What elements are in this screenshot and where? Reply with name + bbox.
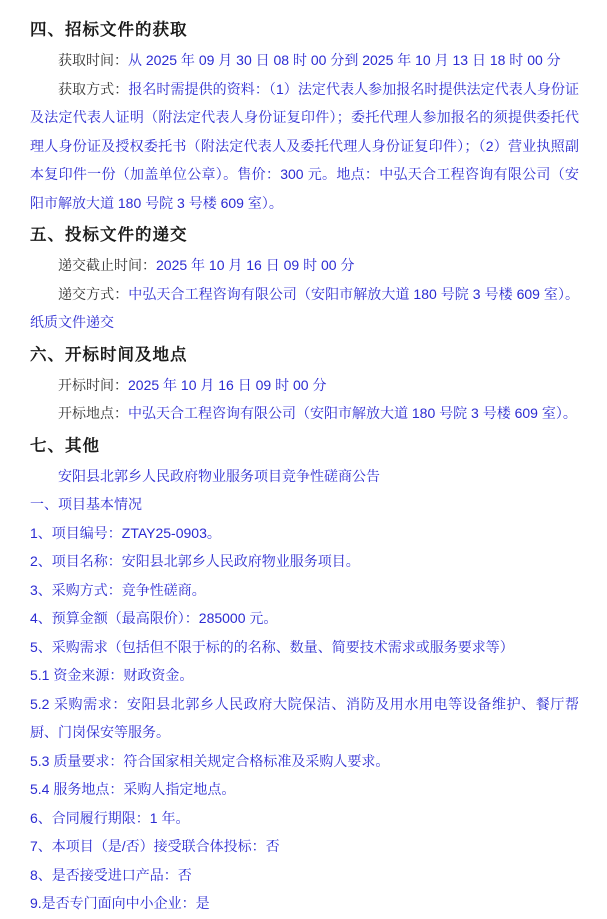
announcement-title-value: 安阳县北郭乡人民政府物业服务项目竞争性磋商公告 bbox=[58, 468, 380, 484]
acquisition-time: 获取时间：从 2025 年 09 月 30 日 08 时 00 分到 2025 … bbox=[30, 46, 579, 75]
acquisition-method-label: 获取方式： bbox=[58, 81, 128, 97]
item-consortium-bidding-value: 7、本项目（是/否）接受联合体投标：否 bbox=[30, 838, 280, 854]
item-service-location-value: 5.4 服务地点：采购人指定地点。 bbox=[30, 781, 235, 797]
opening-time-label: 开标时间： bbox=[58, 377, 128, 393]
acquisition-method-value: 报名时需提供的资料：（1）法定代表人参加报名时提供法定代表人身份证及法定代表人证… bbox=[30, 81, 579, 211]
item-imported-products: 8、是否接受进口产品：否 bbox=[30, 861, 579, 890]
submission-method-label: 递交方式： bbox=[58, 286, 128, 302]
item-service-location: 5.4 服务地点：采购人指定地点。 bbox=[30, 775, 579, 804]
opening-location-label: 开标地点： bbox=[58, 405, 128, 421]
submission-deadline-value: 2025 年 10 月 16 日 09 时 00 分 bbox=[156, 257, 354, 273]
opening-location: 开标地点：中弘天合工程咨询有限公司（安阳市解放大道 180 号院 3 号楼 60… bbox=[30, 399, 579, 428]
item-procurement-method-value: 3、采购方式：竞争性磋商。 bbox=[30, 582, 206, 598]
acquisition-time-value: 从 2025 年 09 月 30 日 08 时 00 分到 2025 年 10 … bbox=[128, 52, 561, 68]
item-procurement-demand-detail-value: 5.2 采购需求：安阳县北郭乡人民政府大院保洁、消防及用水用电等设备维护、餐厅帮… bbox=[30, 696, 579, 741]
subsection-heading-basic-info: 一、项目基本情况 bbox=[30, 490, 579, 519]
item-procurement-requirements-value: 5、采购需求（包括但不限于标的的名称、数量、简要技术需求或服务要求等） bbox=[30, 639, 514, 655]
submission-method: 递交方式：中弘天合工程咨询有限公司（安阳市解放大道 180 号院 3 号楼 60… bbox=[30, 280, 579, 337]
item-contract-period: 6、合同履行期限：1 年。 bbox=[30, 804, 579, 833]
item-project-number-value: 1、项目编号：ZTAY25-0903。 bbox=[30, 525, 221, 541]
item-budget-amount: 4、预算金额（最高限价）：285000 元。 bbox=[30, 604, 579, 633]
opening-location-value: 中弘天合工程咨询有限公司（安阳市解放大道 180 号院 3 号楼 609 室）。 bbox=[128, 405, 577, 421]
submission-deadline: 递交截止时间：2025 年 10 月 16 日 09 时 00 分 bbox=[30, 251, 579, 280]
procurement-announcement-document: 四、招标文件的获取获取时间：从 2025 年 09 月 30 日 08 时 00… bbox=[0, 0, 607, 919]
item-quality-requirement: 5.3 质量要求：符合国家相关规定合格标准及采购人要求。 bbox=[30, 747, 579, 776]
section-heading-other: 七、其他 bbox=[30, 434, 579, 458]
item-project-number: 1、项目编号：ZTAY25-0903。 bbox=[30, 519, 579, 548]
section-heading-bid-opening: 六、开标时间及地点 bbox=[30, 343, 579, 367]
item-project-name-value: 2、项目名称：安阳县北郭乡人民政府物业服务项目。 bbox=[30, 553, 360, 569]
item-consortium-bidding: 7、本项目（是/否）接受联合体投标：否 bbox=[30, 832, 579, 861]
item-funding-source: 5.1 资金来源：财政资金。 bbox=[30, 661, 579, 690]
acquisition-time-label: 获取时间： bbox=[58, 52, 128, 68]
item-procurement-requirements: 5、采购需求（包括但不限于标的的名称、数量、简要技术需求或服务要求等） bbox=[30, 633, 579, 662]
acquisition-method: 获取方式：报名时需提供的资料：（1）法定代表人参加报名时提供法定代表人身份证及法… bbox=[30, 75, 579, 218]
section-heading-bid-submission: 五、投标文件的递交 bbox=[30, 223, 579, 247]
item-sme-oriented-value: 9.是否专门面向中小企业：是 bbox=[30, 895, 210, 911]
opening-time: 开标时间：2025 年 10 月 16 日 09 时 00 分 bbox=[30, 371, 579, 400]
item-sme-oriented: 9.是否专门面向中小企业：是 bbox=[30, 889, 579, 918]
item-contract-period-value: 6、合同履行期限：1 年。 bbox=[30, 810, 189, 826]
announcement-title: 安阳县北郭乡人民政府物业服务项目竞争性磋商公告 bbox=[30, 462, 579, 491]
item-imported-products-value: 8、是否接受进口产品：否 bbox=[30, 867, 192, 883]
submission-deadline-label: 递交截止时间： bbox=[58, 257, 156, 273]
item-procurement-method: 3、采购方式：竞争性磋商。 bbox=[30, 576, 579, 605]
item-procurement-demand-detail: 5.2 采购需求：安阳县北郭乡人民政府大院保洁、消防及用水用电等设备维护、餐厅帮… bbox=[30, 690, 579, 747]
item-funding-source-value: 5.1 资金来源：财政资金。 bbox=[30, 667, 193, 683]
subsection-heading-basic-info-value: 一、项目基本情况 bbox=[30, 496, 142, 512]
item-project-name: 2、项目名称：安阳县北郭乡人民政府物业服务项目。 bbox=[30, 547, 579, 576]
item-quality-requirement-value: 5.3 质量要求：符合国家相关规定合格标准及采购人要求。 bbox=[30, 753, 389, 769]
section-heading-document-acquisition: 四、招标文件的获取 bbox=[30, 18, 579, 42]
opening-time-value: 2025 年 10 月 16 日 09 时 00 分 bbox=[128, 377, 326, 393]
item-budget-amount-value: 4、预算金额（最高限价）：285000 元。 bbox=[30, 610, 277, 626]
